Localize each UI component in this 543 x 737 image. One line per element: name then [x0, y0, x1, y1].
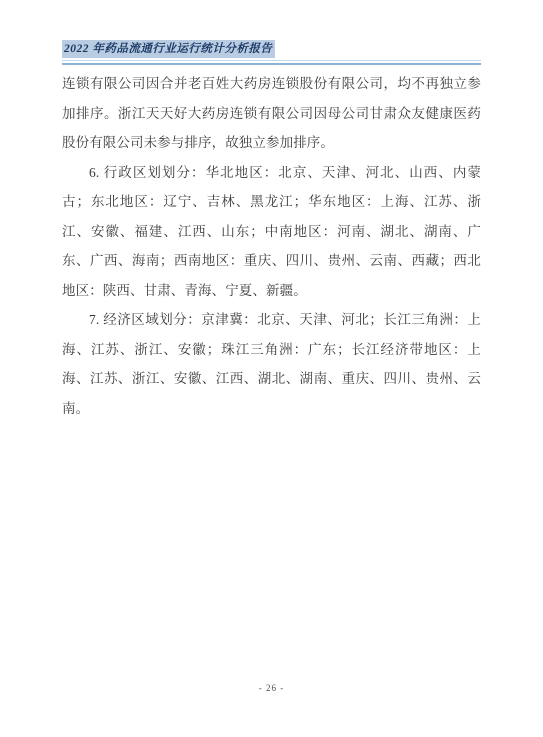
page-number: - 26 - [259, 683, 285, 693]
paragraph-administrative-regions: 6. 行政区划划分：华北地区：北京、天津、河北、山西、内蒙古；东北地区：辽宁、吉… [62, 158, 481, 306]
document-body: 连锁有限公司因合并老百姓大药房连锁股份有限公司，均不再独立参加排序。浙江天天好大… [62, 69, 481, 423]
report-title: 2022 年药品流通行业运行统计分析报告 [62, 40, 275, 58]
page-footer: - 26 - [0, 678, 543, 696]
header-rule [62, 60, 481, 65]
paragraph-continued: 连锁有限公司因合并老百姓大药房连锁股份有限公司，均不再独立参加排序。浙江天天好大… [62, 69, 481, 158]
paragraph-economic-regions: 7. 经济区域划分：京津冀：北京、天津、河北；长江三角洲：上海、江苏、浙江、安徽… [62, 305, 481, 423]
page-header: 2022 年药品流通行业运行统计分析报告 [62, 39, 481, 65]
document-page: 2022 年药品流通行业运行统计分析报告 连锁有限公司因合并老百姓大药房连锁股份… [0, 0, 543, 737]
